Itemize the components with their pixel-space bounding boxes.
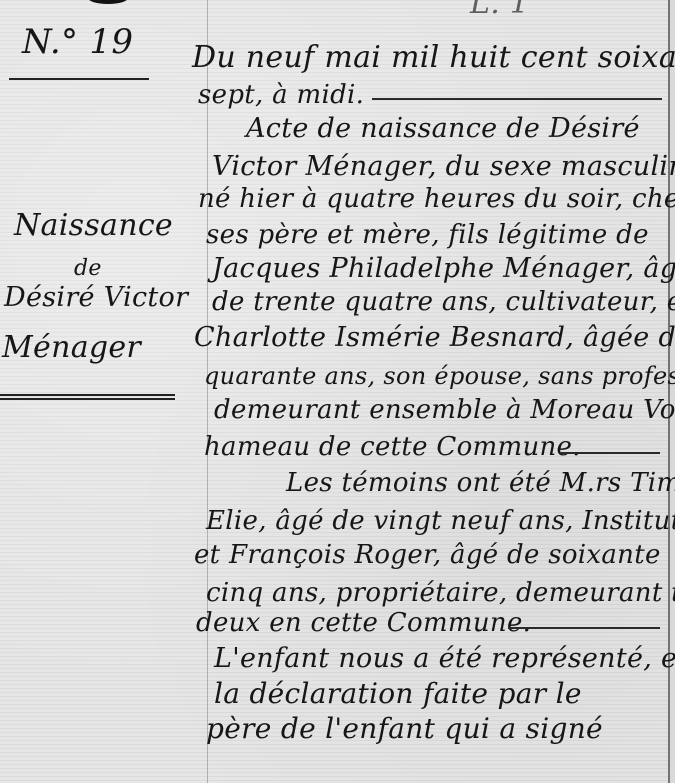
line-filler-rule — [372, 98, 662, 100]
entry-number-underline — [9, 78, 149, 80]
margin-divider-line — [207, 0, 208, 783]
body-line-11: demeurant ensemble à Moreau Voisin — [214, 395, 675, 425]
register-page: L. 1 N.° 19 Naissance de Désiré Victor M… — [0, 0, 675, 783]
body-line-8: de trente quatre ans, cultivateur, et de — [212, 287, 675, 317]
body-line-16: cinq ans, propriétaire, demeurant tous — [206, 578, 675, 608]
body-line-7: Jacques Philadelphe Ménager, âgé — [212, 253, 675, 284]
body-line-9: Charlotte Ismérie Besnard, âgée de — [194, 322, 675, 353]
margin-double-rule — [0, 394, 175, 400]
ink-blot — [88, 0, 128, 4]
body-line-17: deux en cette Commune. — [196, 608, 531, 638]
body-line-3: Acte de naissance de Désiré — [246, 113, 640, 144]
body-line-14: Elie, âgé de vingt neuf ans, Instituteur… — [206, 506, 675, 536]
body-line-6: ses père et mère, fils légitime de — [206, 220, 649, 250]
entry-number: N.° 19 — [22, 22, 133, 62]
body-line-12: hameau de cette Commune. — [204, 432, 581, 462]
body-line-4: Victor Ménager, du sexe masculin, — [212, 151, 675, 182]
page-mark: L. 1 — [470, 0, 529, 21]
body-line-15: et François Roger, âgé de soixante — [194, 540, 661, 570]
line-filler-rule — [508, 627, 660, 629]
margin-title-given-names: Désiré Victor — [4, 282, 188, 313]
body-line-13: Les témoins ont été M.rs Timoléon — [286, 468, 675, 498]
body-line-2: sept, à midi. — [198, 80, 364, 110]
line-filler-rule — [560, 452, 660, 454]
body-line-19: la déclaration faite par le — [214, 677, 582, 710]
margin-title-de: de — [74, 256, 102, 281]
margin-title-surname: Ménager — [2, 330, 141, 365]
body-line-18: L'enfant nous a été représenté, et — [214, 643, 675, 674]
body-line-20: père de l'enfant qui a signé — [206, 712, 603, 745]
body-line-1: Du neuf mai mil huit cent soixante — [192, 40, 675, 75]
margin-title-naissance: Naissance — [14, 208, 173, 243]
body-line-5: né hier à quatre heures du soir, chez — [198, 184, 675, 214]
body-line-10: quarante ans, son épouse, sans professio… — [204, 362, 675, 390]
